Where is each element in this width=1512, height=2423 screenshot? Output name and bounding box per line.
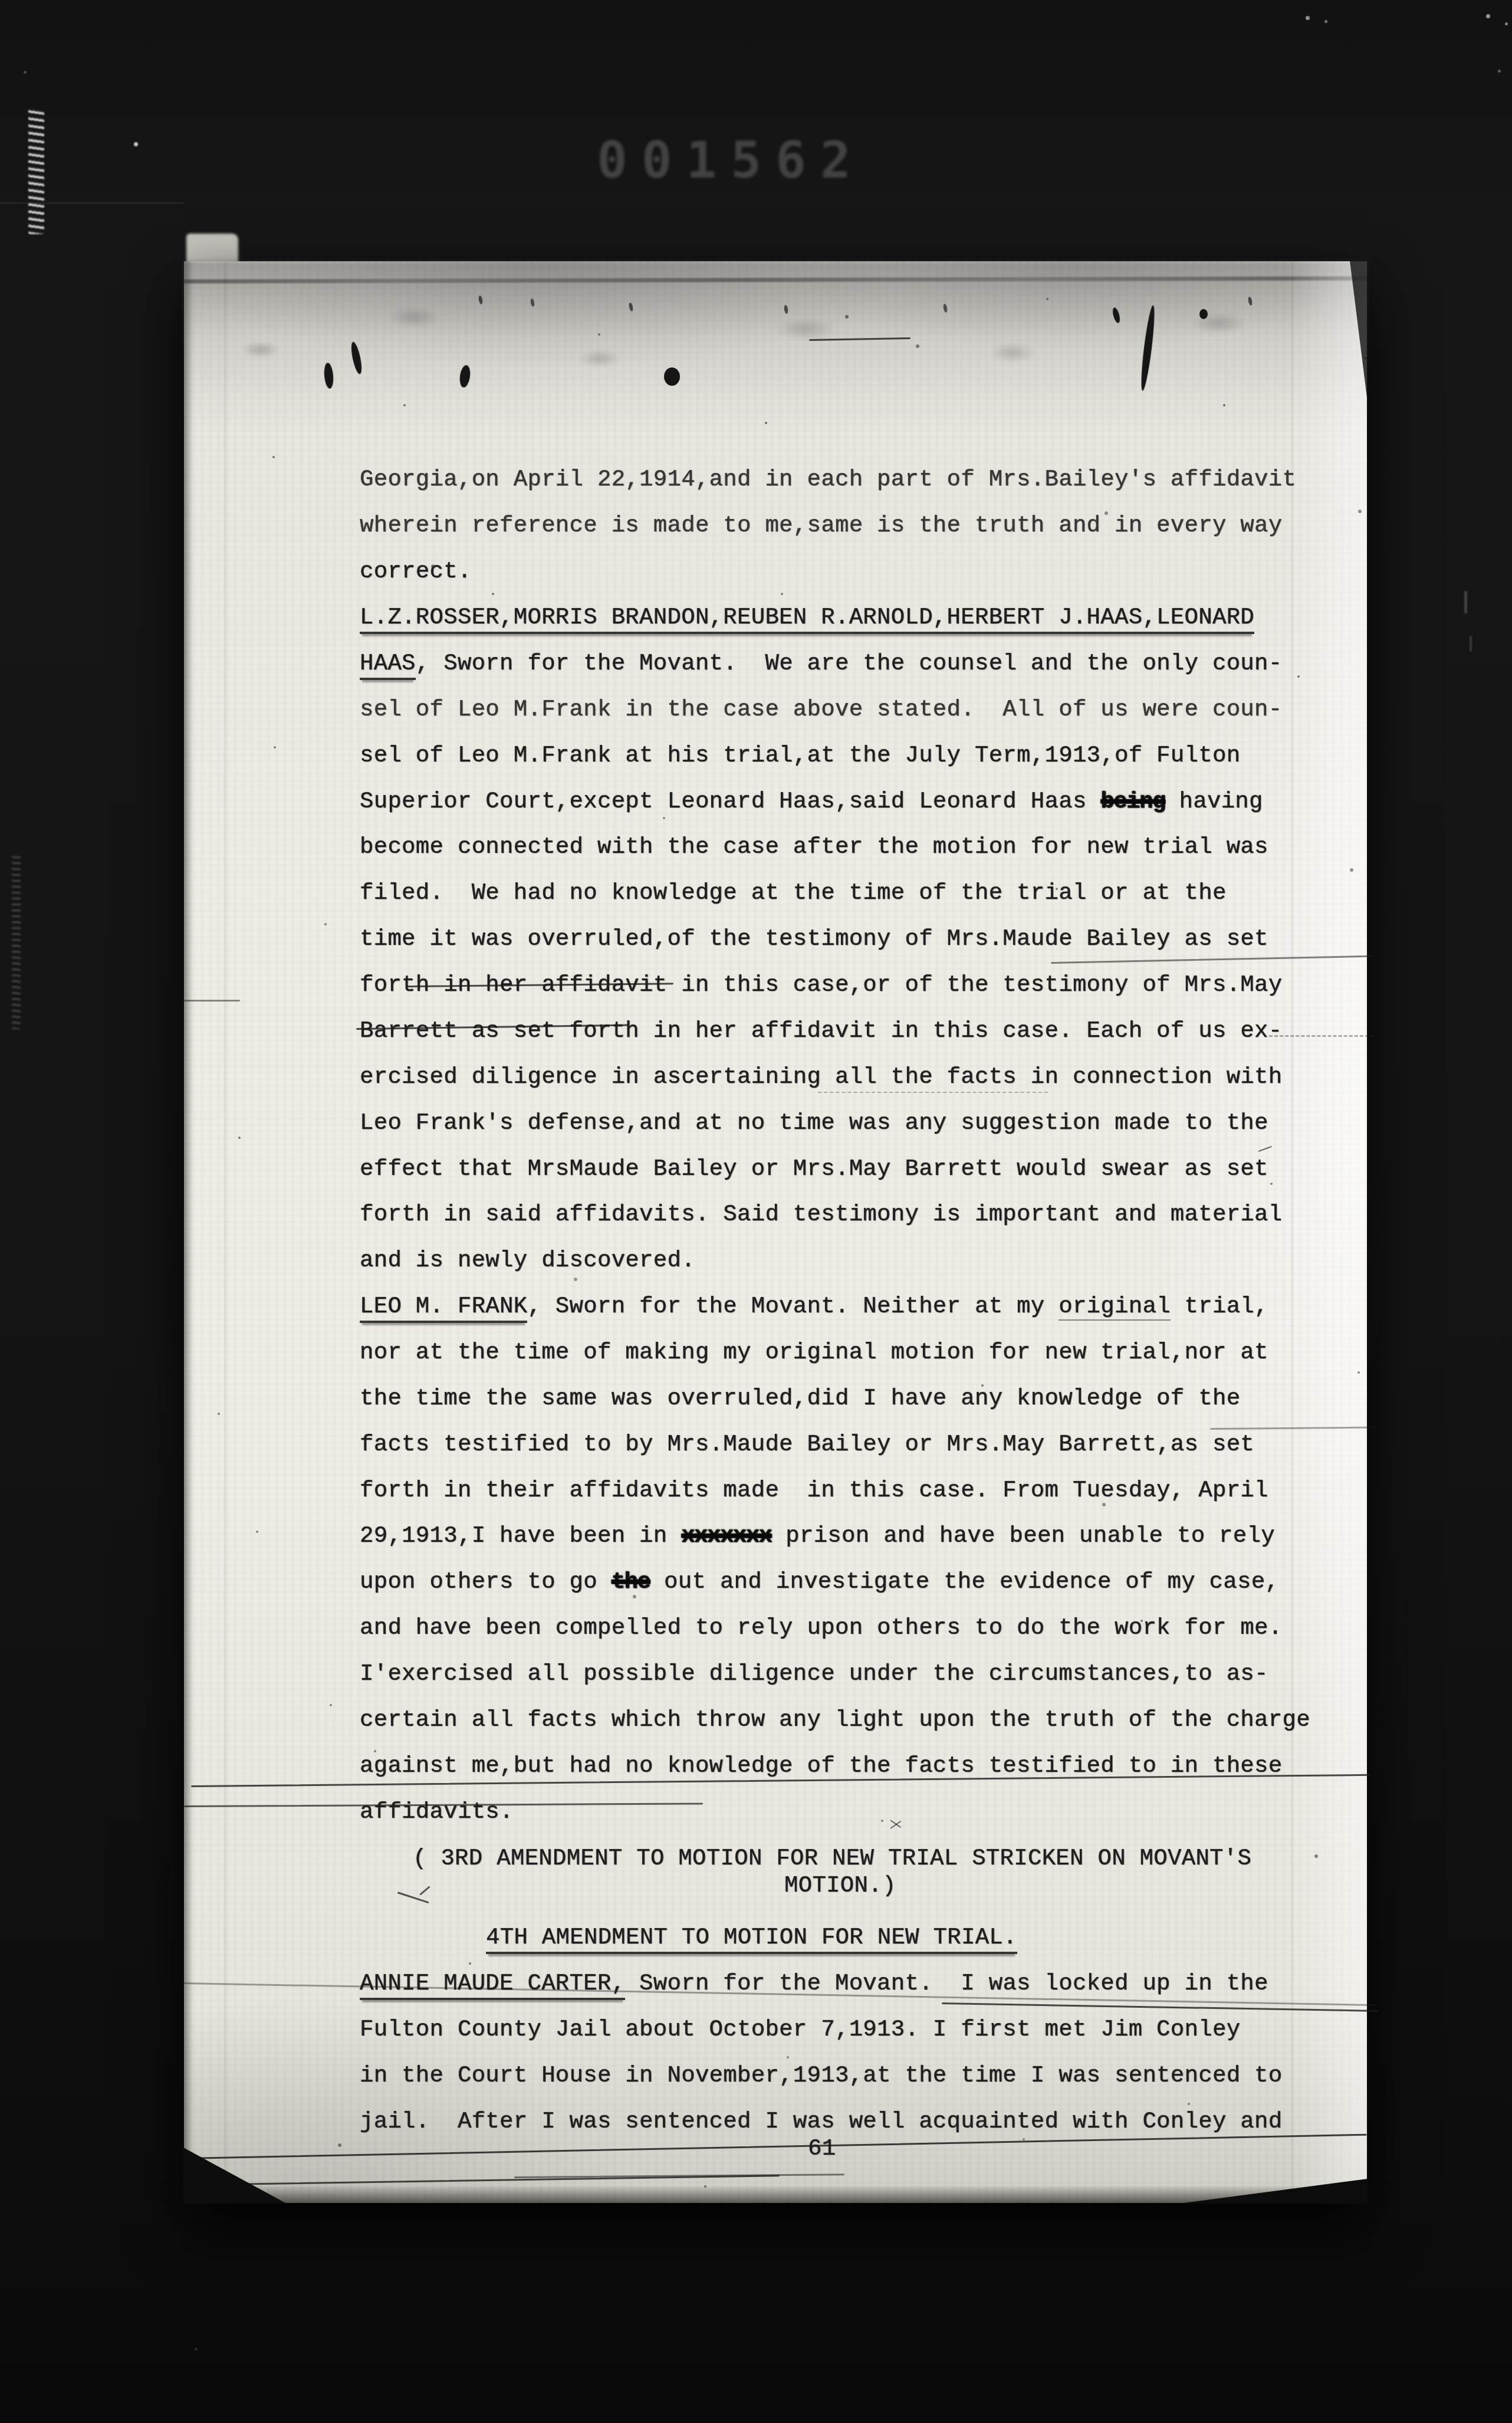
- dust-specks: [0, 0, 3, 3]
- page-number: 61: [808, 2136, 836, 2162]
- torn-corner: [1350, 261, 1368, 402]
- film-edge-scratch: [12, 852, 21, 1029]
- doc-line: in the Court House in November,1913,at t…: [360, 2063, 1282, 2089]
- pencil-underline-dashed: [818, 1092, 1048, 1093]
- doc-line: nor at the time of making my original mo…: [360, 1339, 1268, 1365]
- doc-line: sel of Leo M.Frank at his trial,at the J…: [360, 743, 1240, 769]
- doc-line: forth in their affidavits made in this c…: [360, 1478, 1268, 1503]
- doc-line: affidavits.: [360, 1799, 514, 1825]
- scan-artifact-line: [0, 202, 184, 204]
- pencil-dash-line: [1269, 1035, 1374, 1037]
- film-frame-number-stamp: 001562: [597, 131, 865, 190]
- doc-line: and is newly discovered.: [360, 1247, 695, 1273]
- doc-line: Barrett as set forth in her affidavit in…: [360, 1018, 1282, 1044]
- doc-line: forth in her affidavit in this case,or o…: [360, 972, 1282, 998]
- heading-3rd-amendment: ( 3RD AMENDMENT TO MOTION FOR NEW TRIAL …: [413, 1846, 1251, 1872]
- doc-line: upon others to go the out and investigat…: [360, 1569, 1279, 1595]
- doc-line: filed. We had no knowledge at the time o…: [360, 880, 1227, 906]
- page-right-highlight: [1287, 261, 1367, 2203]
- torn-corner: [1179, 2179, 1368, 2204]
- doc-line: sel of Leo M.Frank in the case above sta…: [360, 697, 1282, 723]
- doc-line: and have been compelled to rely upon oth…: [360, 1615, 1282, 1641]
- doc-line: HAAS, Sworn for the Movant. We are the c…: [360, 651, 1282, 677]
- ink-blot: [664, 367, 680, 386]
- heading-3rd-amendment-cont: MOTION.): [784, 1873, 896, 1899]
- doc-line: wherein reference is made to me,same is …: [360, 513, 1282, 539]
- scan-artifact-line: [184, 1000, 240, 1002]
- doc-line: Superior Court,except Leonard Haas,said …: [360, 789, 1263, 815]
- doc-line: correct.: [360, 559, 472, 585]
- fold-line: [224, 261, 226, 2203]
- heading-4th-amendment: 4TH AMENDMENT TO MOTION FOR NEW TRIAL.: [486, 1925, 1017, 1951]
- doc-line: jail. After I was sentenced I was well a…: [360, 2109, 1282, 2135]
- fold-line: [1291, 261, 1293, 2203]
- doc-line: certain all facts which throw any light …: [360, 1707, 1310, 1733]
- doc-line: effect that MrsMaude Bailey or Mrs.May B…: [360, 1156, 1268, 1182]
- doc-line: become connected with the case after the…: [360, 834, 1268, 860]
- ink-blot: [1199, 309, 1208, 319]
- document-page: Georgia,on April 22,1914,and in each par…: [184, 261, 1367, 2203]
- torn-corner: [183, 2148, 287, 2204]
- doc-line: 29,1913,I have been in xxxxxxx prison an…: [360, 1523, 1275, 1549]
- scan-artifact-mark: [1464, 591, 1467, 613]
- page-left-edge: [184, 261, 193, 2203]
- doc-line: the time the same was overruled,did I ha…: [360, 1385, 1240, 1411]
- doc-line: Georgia,on April 22,1914,and in each par…: [360, 467, 1296, 493]
- scanned-document-screen: { "stamp": "001562", "doc": { "page_numb…: [0, 0, 1512, 2423]
- doc-line: forth in said affidavits. Said testimony…: [360, 1201, 1282, 1227]
- counsel-names-heading: L.Z.ROSSER,MORRIS BRANDON,REUBEN R.ARNOL…: [360, 605, 1254, 631]
- doc-line: I'exercised all possible diligence under…: [360, 1661, 1268, 1687]
- doc-line: facts testified to by Mrs.Maude Bailey o…: [360, 1432, 1254, 1457]
- doc-line: Leo Frank's defense,and at no time was a…: [360, 1110, 1268, 1136]
- doc-line: Fulton County Jail about October 7,1913.…: [360, 2017, 1240, 2043]
- witness-name-line: ANNIE MAUDE CARTER, Sworn for the Movant…: [360, 1971, 1268, 1997]
- doc-line: time it was overruled,of the testimony o…: [360, 926, 1268, 952]
- ink-specks: [184, 261, 186, 264]
- witness-name-line: LEO M. FRANK, Sworn for the Movant. Neit…: [360, 1293, 1268, 1319]
- paper-texture: [184, 261, 1367, 2203]
- film-edge-scratch: [28, 108, 44, 234]
- paper-mottling: [184, 261, 1367, 432]
- scan-artifact-mark: [1470, 636, 1472, 651]
- doc-line: ercised diligence in ascertaining all th…: [360, 1064, 1282, 1090]
- doc-line: against me,but had no knowledge of the f…: [360, 1753, 1282, 1779]
